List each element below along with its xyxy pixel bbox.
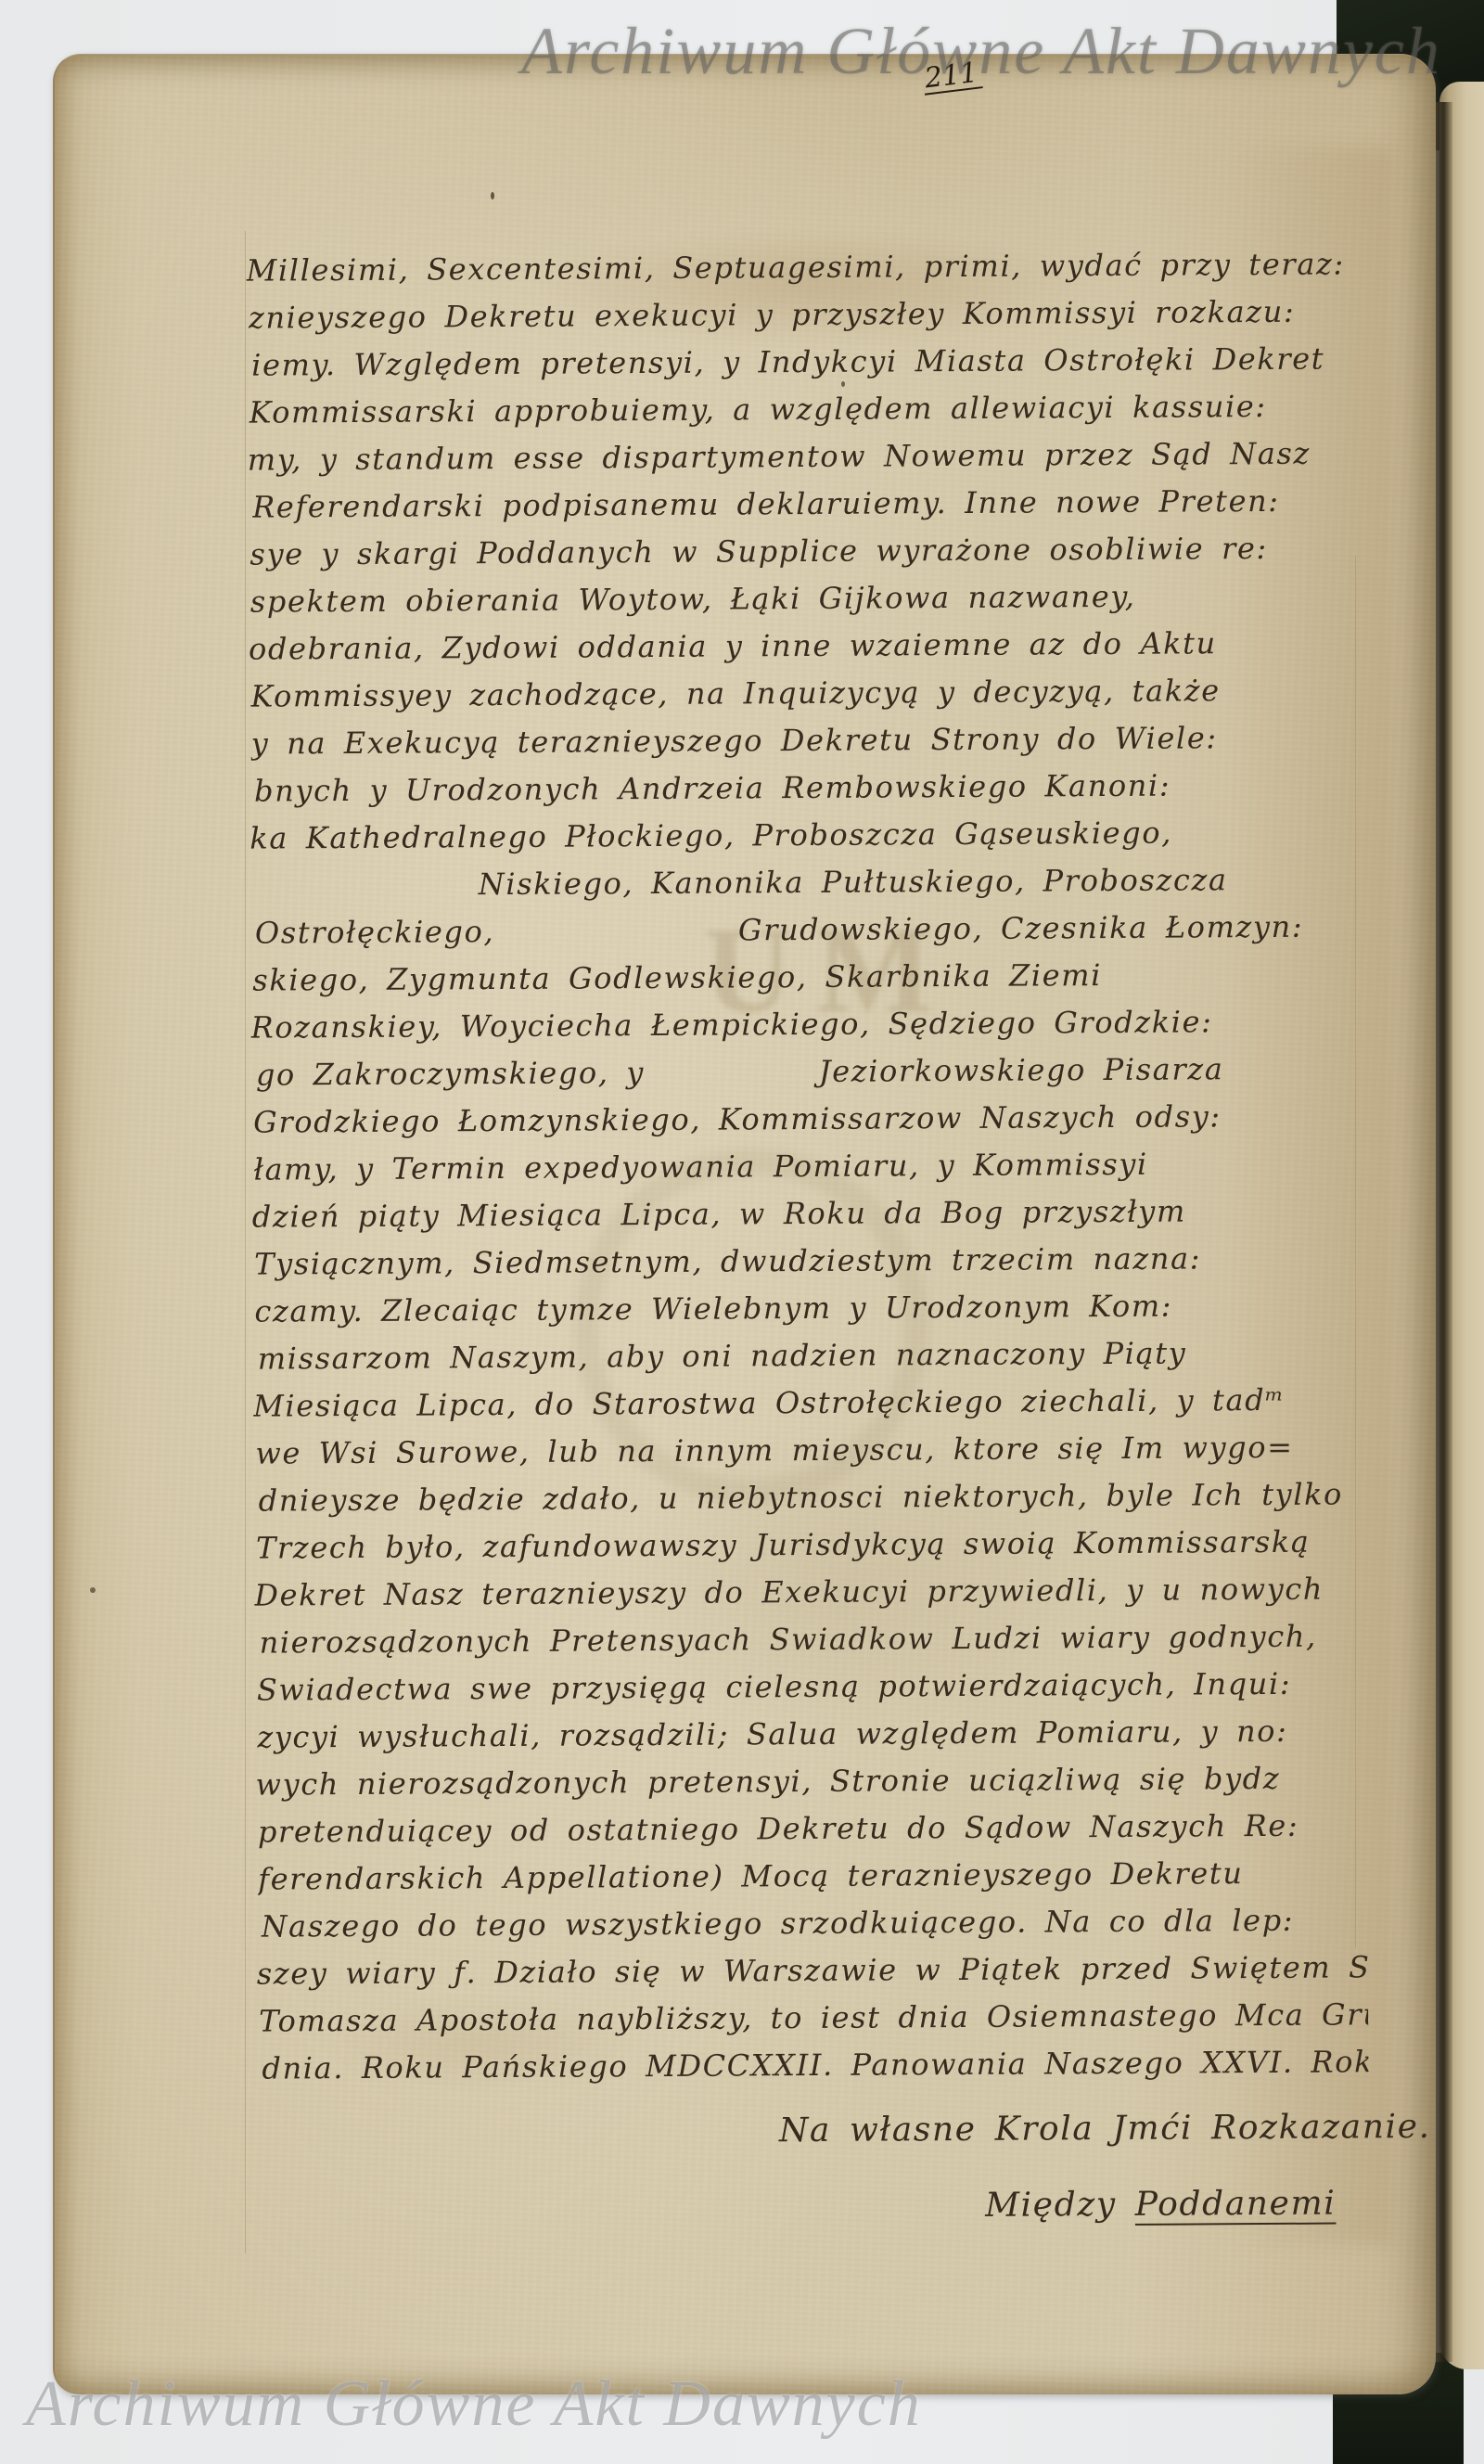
manuscript-line: Referendarski podpisanemu deklaruiemy. I… <box>252 477 1359 531</box>
manuscript-line: iemy. Względem pretensyi, y Indykcyi Mia… <box>251 335 1358 389</box>
manuscript-line: we Wsi Surowe, lub na innym mieyscu, kto… <box>255 1423 1364 1477</box>
manuscript-line: Kommissarski approbuiemy, a względem all… <box>249 382 1358 436</box>
manuscript-line: go Zakroczymskiego, y Jeziorkowskiego Pi… <box>256 1045 1362 1098</box>
manuscript-line: spektem obierania Woytow, Łąki Gijkowa n… <box>250 571 1360 625</box>
manuscript-line: sye y skargi Poddanych w Supplice wyrażo… <box>249 524 1359 578</box>
manuscript-line: Ostrołęckiego, Grudowskiego, Czesnika Ło… <box>255 903 1362 956</box>
manuscript-line: Millesimi, Sexcentesimi, Septuagesimi, p… <box>246 240 1357 294</box>
manuscript-line: Swiadectwa swe przysięgą cielesną potwie… <box>257 1660 1366 1713</box>
manuscript-line: wych nierozsądzonych pretensyi, Stronie … <box>255 1754 1366 1808</box>
manuscript-line: Tomasza Apostoła naybliższy, to iest dni… <box>259 1991 1368 2045</box>
manuscript-line: y na Exekucyą teraznieyszego Dekretu Str… <box>251 713 1361 767</box>
archival-scan: UM 211 Millesimi, Sexcentesimi, Septuage… <box>0 0 1484 2464</box>
manuscript-line: ferendarskich Appellatione) Mocą terazni… <box>258 1849 1367 1903</box>
manuscript-line: Miesiąca Lipca, do Starostwa Ostrołęckie… <box>253 1376 1364 1430</box>
manuscript-line: Trzech było, zafundowawszy Jurisdykcyą s… <box>256 1518 1365 1572</box>
manuscript-line: dnia. Roku Pańskiego MDCCXXII. Panowania… <box>262 2038 1368 2092</box>
manuscript-line: ka Kathedralnego Płockiego, Proboszcza G… <box>249 808 1361 862</box>
manuscript-line: Naszego do tego wszystkiego srzodkuiąceg… <box>261 1896 1367 1950</box>
manuscript-line: Kommissyey zachodzące, na Inquizycyą y d… <box>250 666 1360 720</box>
manuscript-line: skiego, Zygmunta Godlewskiego, Skarbnika… <box>252 950 1362 1004</box>
manuscript-line: czamy. Zlecaiąc tymze Wielebnym y Urodzo… <box>254 1281 1363 1335</box>
manuscript-page: UM 211 Millesimi, Sexcentesimi, Septuage… <box>53 54 1436 2394</box>
manuscript-line: znieyszego Dekretu exekucyi y przyszłey … <box>249 288 1358 341</box>
closing-signature-line: Między Poddanemi <box>260 2176 1369 2237</box>
manuscript-line: Rozanskiey, Woyciecha Łempickiego, Sędzi… <box>250 997 1362 1051</box>
manuscript-line: zycyi wysłuchali, rozsądzili; Salua wzgl… <box>257 1707 1366 1761</box>
manuscript-line: łamy, y Termin expedyowania Pomiaru, y K… <box>253 1139 1362 1193</box>
manuscript-line: bnych y Urodzonych Andrzeia Rembowskiego… <box>254 761 1361 815</box>
manuscript-line: dnieysze będzie zdało, u niebytnosci nie… <box>259 1470 1365 1524</box>
manuscript-line: szey wiary ƒ. Działo się w Warszawie w P… <box>257 1944 1368 1997</box>
margin-rule-left <box>245 231 246 2253</box>
ink-speck <box>491 192 494 199</box>
ink-speck <box>90 1587 96 1593</box>
manuscript-line: Niskiego, Kanonika Pułtuskiego, Proboszc… <box>252 855 1362 909</box>
manuscript-line: Grodzkiego Łomzynskiego, Kommissarzow Na… <box>253 1092 1362 1146</box>
manuscript-text-block: Millesimi, Sexcentesimi, Septuagesimi, p… <box>248 240 1369 2237</box>
folio-number: 211 <box>921 58 983 95</box>
manuscript-line: Dekret Nasz teraznieyszy do Exekucyi prz… <box>254 1565 1365 1619</box>
manuscript-line: missarzom Naszym, aby oni nadzien naznac… <box>258 1328 1364 1382</box>
manuscript-line: my, y standum esse dispartymentow Nowemu… <box>248 430 1359 483</box>
closing-royal-order-line: Na własne Krola Jmći Rozkazanie. <box>779 2100 1369 2158</box>
manuscript-line: dzień piąty Miesiąca Lipca, w Roku da Bo… <box>252 1187 1363 1240</box>
closing-between-word: Między <box>985 2186 1135 2225</box>
manuscript-line: Tysiącznym, Siedmsetnym, dwudziestym trz… <box>254 1234 1363 1288</box>
manuscript-line: pretenduiącey od ostatniego Dekretu do S… <box>258 1802 1367 1855</box>
manuscript-line: nierozsądzonych Pretensyach Swiadkow Lud… <box>259 1612 1365 1666</box>
manuscript-line: odebrania, Zydowi oddania y inne wzaiemn… <box>249 619 1360 673</box>
closing-underlined-word: Poddanemi <box>1135 2185 1337 2224</box>
